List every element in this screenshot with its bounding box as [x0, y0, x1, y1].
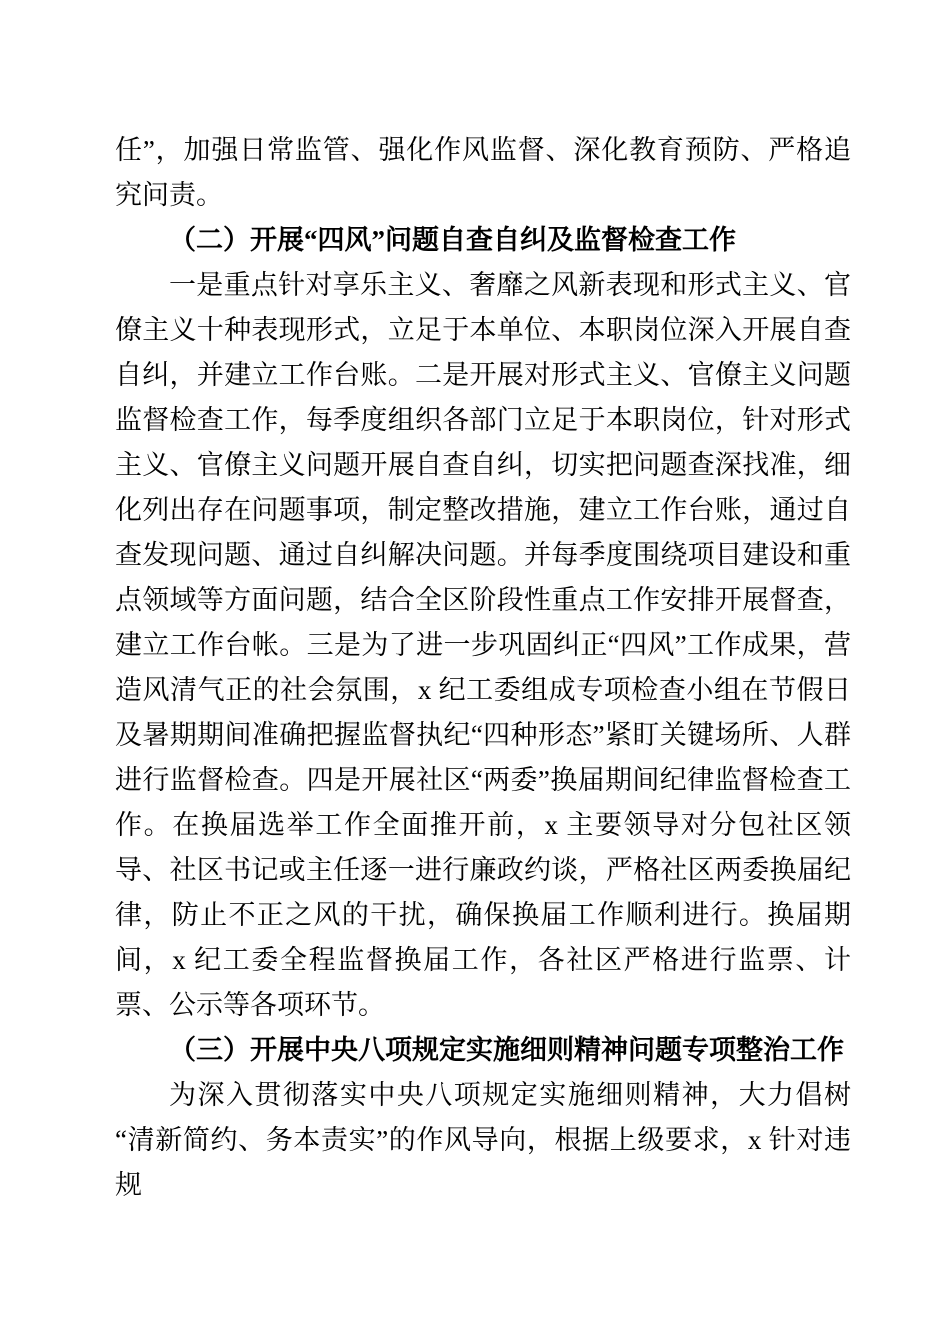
document-body: 任”，加强日常监管、强化作风监督、深化教育预防、严格追究问责。（二）开展“四风”… [115, 128, 851, 1208]
paragraph: 一是重点针对享乐主义、奢靡之风新表现和形式主义、官僚主义十种表现形式，立足于本单… [115, 263, 851, 1028]
document-page: 任”，加强日常监管、强化作风监督、深化教育预防、严格追究问责。（二）开展“四风”… [0, 0, 950, 1344]
section-heading: （二）开展“四风”问题自查自纠及监督检查工作 [115, 218, 851, 263]
paragraph: 为深入贯彻落实中央八项规定实施细则精神，大力倡树“清新简约、务本责实”的作风导向… [115, 1073, 851, 1208]
section-heading: （三）开展中央八项规定实施细则精神问题专项整治工作 [115, 1028, 851, 1073]
paragraph: 任”，加强日常监管、强化作风监督、深化教育预防、严格追究问责。 [115, 128, 851, 218]
